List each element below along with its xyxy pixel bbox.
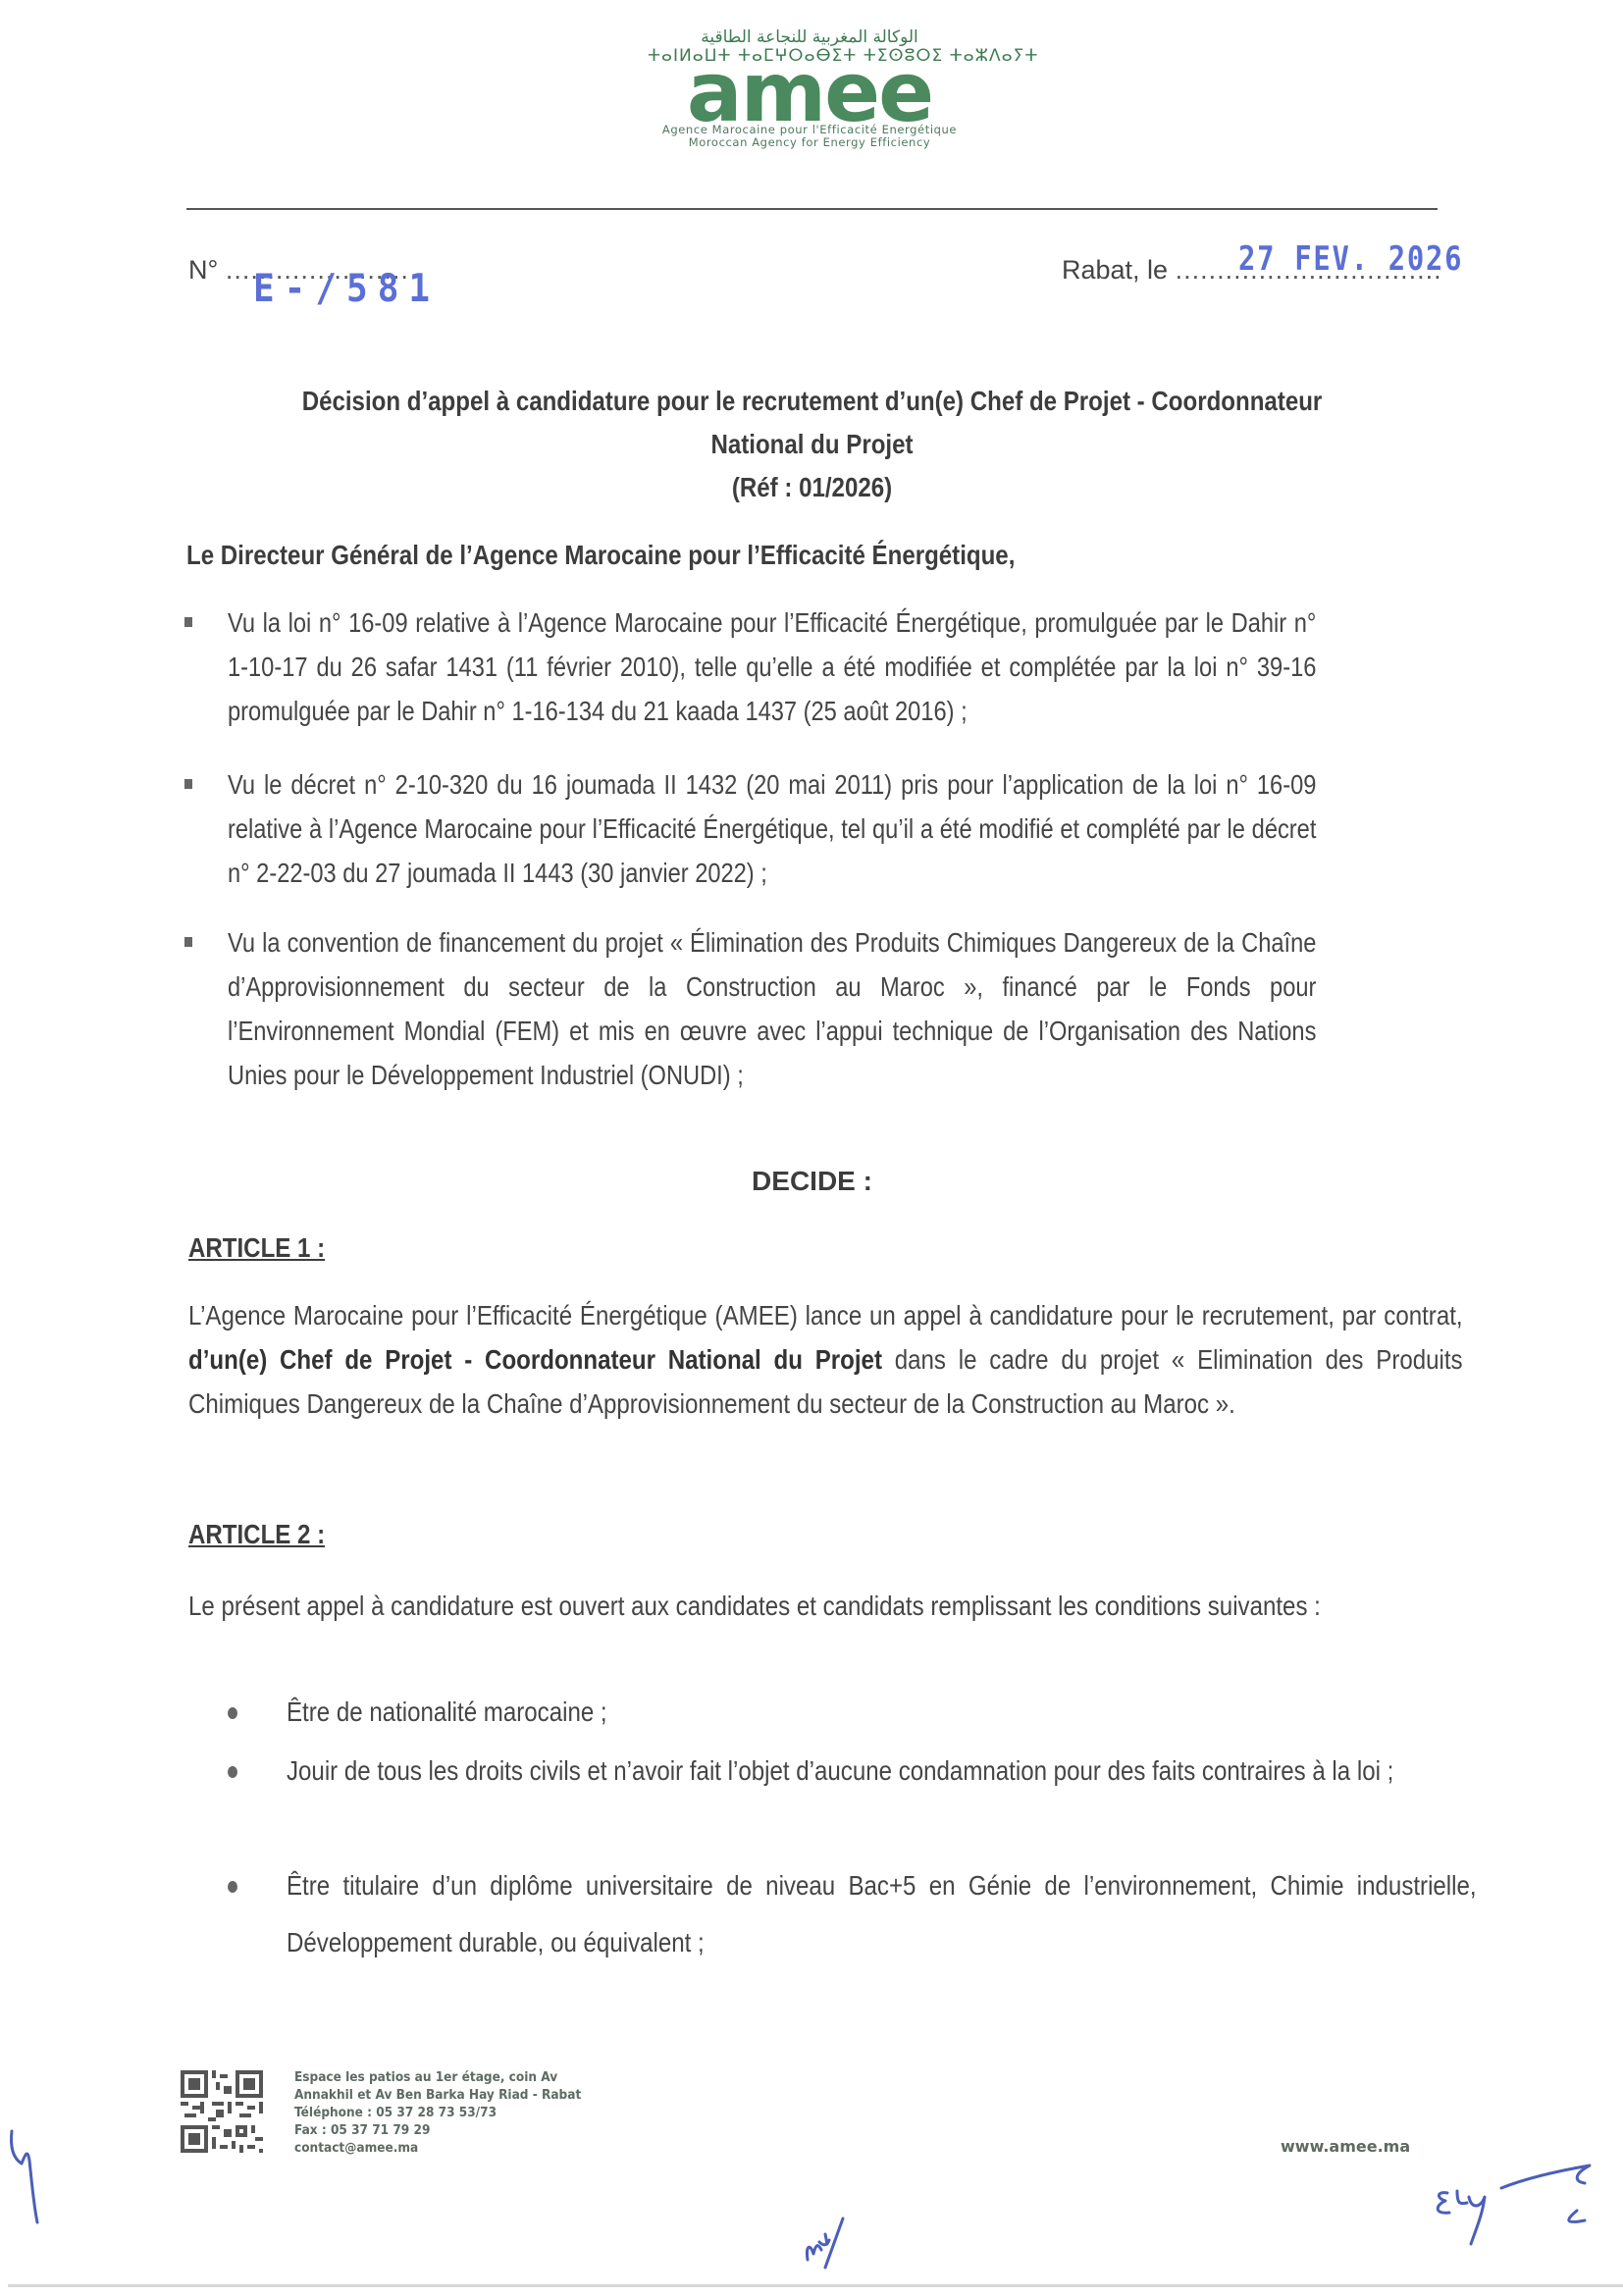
city-label: Rabat, le (1062, 255, 1168, 285)
reference-number-stamp: E-/581 (253, 267, 440, 311)
square-bullet-icon (184, 617, 192, 627)
visa-text: Vu la loi n° 16-09 relative à l’Agence M… (228, 600, 1316, 733)
footer-fax: Fax : 05 37 71 79 29 (294, 2121, 581, 2139)
article-1-text: L’Agence Marocaine pour l’Efficacité Éne… (188, 1293, 1463, 1426)
visa-item: Vu la loi n° 16-09 relative à l’Agence M… (184, 600, 1490, 733)
initials-signature-icon (1428, 2154, 1604, 2252)
square-bullet-icon (184, 779, 192, 789)
logo-name-en: Moroccan Agency for Energy Efficiency (648, 136, 971, 149)
director-heading: Le Directeur Général de l’Agence Marocai… (186, 540, 1015, 571)
article-1-position-title: d’un(e) Chef de Projet - Coordonnateur N… (188, 1344, 882, 1375)
decision-title-line-1: Décision d’appel à candidature pour le r… (274, 386, 1350, 417)
article-2-heading: ARTICLE 2 : (188, 1519, 325, 1550)
round-bullet-icon (228, 1707, 237, 1719)
header-divider (186, 208, 1438, 210)
page-bottom-edge (8, 2284, 1623, 2287)
square-bullet-icon (184, 937, 192, 947)
footer-email[interactable]: contact@amee.ma (294, 2139, 581, 2157)
decision-title-line-2: National du Projet (274, 429, 1350, 460)
visa-text: Vu le décret n° 2-10-320 du 16 joumada I… (228, 762, 1316, 895)
condition-item: Jouir de tous les droits civils et n’avo… (228, 1743, 1474, 1800)
condition-text: Être titulaire d’un diplôme universitair… (287, 1857, 1477, 1971)
condition-text: Jouir de tous les droits civils et n’avo… (287, 1743, 1477, 1800)
handwritten-mark-left-icon (0, 2110, 79, 2237)
footer-address-line-2: Annakhil et Av Ben Barka Hay Riad - Raba… (294, 2086, 581, 2104)
footer-address-line-1: Espace les patios au 1er étage, coin Av (294, 2068, 581, 2086)
visa-item: Vu la convention de financement du proje… (184, 920, 1490, 1097)
round-bullet-icon (228, 1881, 237, 1893)
date-stamp: 27 FEV. 2026 (1238, 239, 1463, 279)
article-1-text-before: L’Agence Marocaine pour l’Efficacité Éne… (188, 1300, 1463, 1331)
article-1-heading: ARTICLE 1 : (188, 1232, 325, 1264)
paraph-initials-icon (800, 2213, 859, 2271)
visa-item: Vu le décret n° 2-10-320 du 16 joumada I… (184, 762, 1490, 895)
visa-text: Vu la convention de financement du proje… (228, 920, 1316, 1097)
decision-reference: (Réf : 01/2026) (274, 472, 1350, 503)
condition-item: Être titulaire d’un diplôme universitair… (228, 1857, 1474, 1971)
condition-text: Être de nationalité marocaine ; (287, 1684, 1477, 1741)
article-2-intro: Le présent appel à candidature est ouver… (188, 1584, 1463, 1628)
qr-code-icon (181, 2070, 263, 2153)
reference-number-label: N° (188, 255, 218, 285)
condition-item: Être de nationalité marocaine ; (228, 1684, 1474, 1741)
footer-website-link[interactable]: www.amee.ma (1281, 2137, 1410, 2156)
agency-logo: الوكالة المغربية للنجاعة الطاقية ⵜⴰⵏⵍⴰⵡⵜ… (648, 27, 971, 165)
round-bullet-icon (228, 1766, 237, 1778)
footer-phone: Téléphone : 05 37 28 73 53/73 (294, 2104, 581, 2121)
decide-heading: DECIDE : (186, 1166, 1438, 1197)
footer-contact: Espace les patios au 1er étage, coin Av … (294, 2068, 581, 2157)
logo-wordmark: amee (648, 61, 971, 124)
